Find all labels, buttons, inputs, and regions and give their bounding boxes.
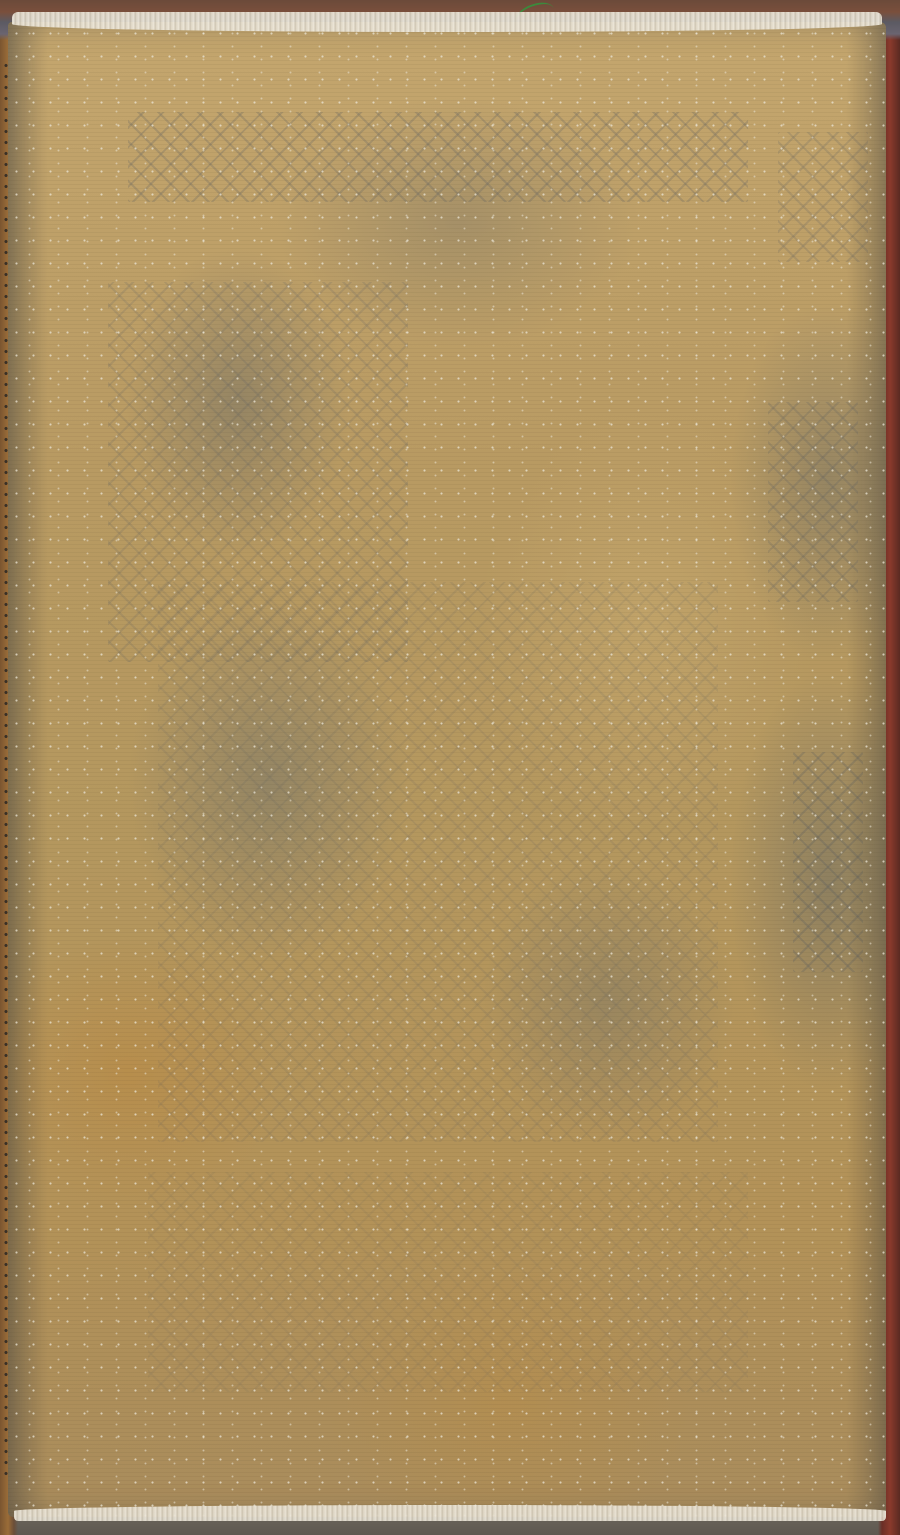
pile-texture <box>8 22 886 1517</box>
rug-field <box>8 22 886 1517</box>
top-fringe <box>12 12 882 32</box>
bottom-fringe <box>14 1505 886 1521</box>
